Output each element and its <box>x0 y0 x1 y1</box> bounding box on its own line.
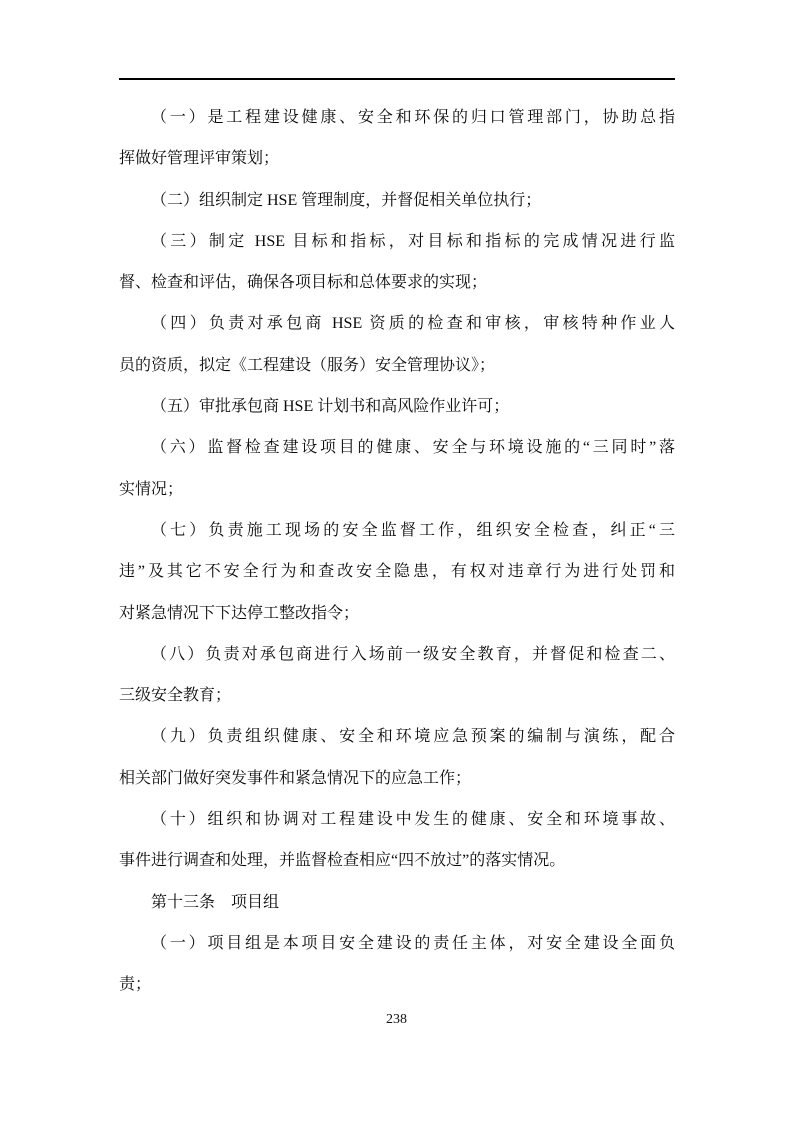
paragraph: （二）组织制定 HSE 管理制度，并督促相关单位执行； <box>119 180 675 221</box>
text-line: （九）负责组织健康、安全和环境应急预案的编制与演练，配合 <box>119 716 675 757</box>
paragraph: （八）负责对承包商进行入场前一级安全教育，并督促和检查二、三级安全教育； <box>119 634 675 717</box>
text-line: 挥做好管理评审策划； <box>119 138 675 179</box>
paragraph: （五）审批承包商 HSE 计划书和高风险作业许可； <box>119 386 675 427</box>
text-line: （一）项目组是本项目安全建设的责任主体，对安全建设全面负 <box>119 923 675 964</box>
text-line: 督、检查和评估，确保各项目标和总体要求的实现； <box>119 262 675 303</box>
text-line: 违”及其它不安全行为和查改安全隐患，有权对违章行为进行处罚和 <box>119 551 675 592</box>
paragraph: （一）是工程建设健康、安全和环保的归口管理部门，协助总指挥做好管理评审策划； <box>119 97 675 180</box>
text-line: （十）组织和协调对工程建设中发生的健康、安全和环境事故、 <box>119 799 675 840</box>
paragraph: （三）制定 HSE 目标和指标，对目标和指标的完成情况进行监督、检查和评估，确保… <box>119 221 675 304</box>
document-page: （一）是工程建设健康、安全和环保的归口管理部门，协助总指挥做好管理评审策划；（二… <box>0 0 793 1122</box>
paragraph: （六）监督检查建设项目的健康、安全与环境设施的“三同时”落实情况； <box>119 427 675 510</box>
text-line: 第十三条 项目组 <box>119 882 675 923</box>
article-heading: 第十三条 项目组 <box>119 882 675 923</box>
text-line: （八）负责对承包商进行入场前一级安全教育，并督促和检查二、 <box>119 634 675 675</box>
paragraph: （一）项目组是本项目安全建设的责任主体，对安全建设全面负责； <box>119 923 675 1006</box>
text-line: 三级安全教育； <box>119 675 675 716</box>
text-line: （二）组织制定 HSE 管理制度，并督促相关单位执行； <box>119 180 675 221</box>
text-line: （七）负责施工现场的安全监督工作，组织安全检查，纠正“三 <box>119 510 675 551</box>
paragraph: （四）负责对承包商 HSE 资质的检查和审核，审核特种作业人员的资质，拟定《工程… <box>119 303 675 386</box>
paragraph: （七）负责施工现场的安全监督工作，组织安全检查，纠正“三违”及其它不安全行为和查… <box>119 510 675 634</box>
header-rule <box>119 78 675 80</box>
text-line: （六）监督检查建设项目的健康、安全与环境设施的“三同时”落 <box>119 427 675 468</box>
text-line: 相关部门做好突发事件和紧急情况下的应急工作； <box>119 758 675 799</box>
paragraph: （十）组织和协调对工程建设中发生的健康、安全和环境事故、事件进行调查和处理，并监… <box>119 799 675 882</box>
text-line: 责； <box>119 964 675 1005</box>
text-line: 对紧急情况下下达停工整改指令； <box>119 593 675 634</box>
page-number: 238 <box>0 1011 793 1029</box>
text-line: （一）是工程建设健康、安全和环保的归口管理部门，协助总指 <box>119 97 675 138</box>
document-body: （一）是工程建设健康、安全和环保的归口管理部门，协助总指挥做好管理评审策划；（二… <box>119 97 675 1006</box>
text-line: （三）制定 HSE 目标和指标，对目标和指标的完成情况进行监 <box>119 221 675 262</box>
text-line: （五）审批承包商 HSE 计划书和高风险作业许可； <box>119 386 675 427</box>
paragraph: （九）负责组织健康、安全和环境应急预案的编制与演练，配合相关部门做好突发事件和紧… <box>119 716 675 799</box>
text-line: 员的资质，拟定《工程建设（服务）安全管理协议》； <box>119 345 675 386</box>
text-line: 事件进行调查和处理，并监督检查相应“四不放过”的落实情况。 <box>119 840 675 881</box>
text-line: 实情况； <box>119 469 675 510</box>
text-line: （四）负责对承包商 HSE 资质的检查和审核，审核特种作业人 <box>119 303 675 344</box>
